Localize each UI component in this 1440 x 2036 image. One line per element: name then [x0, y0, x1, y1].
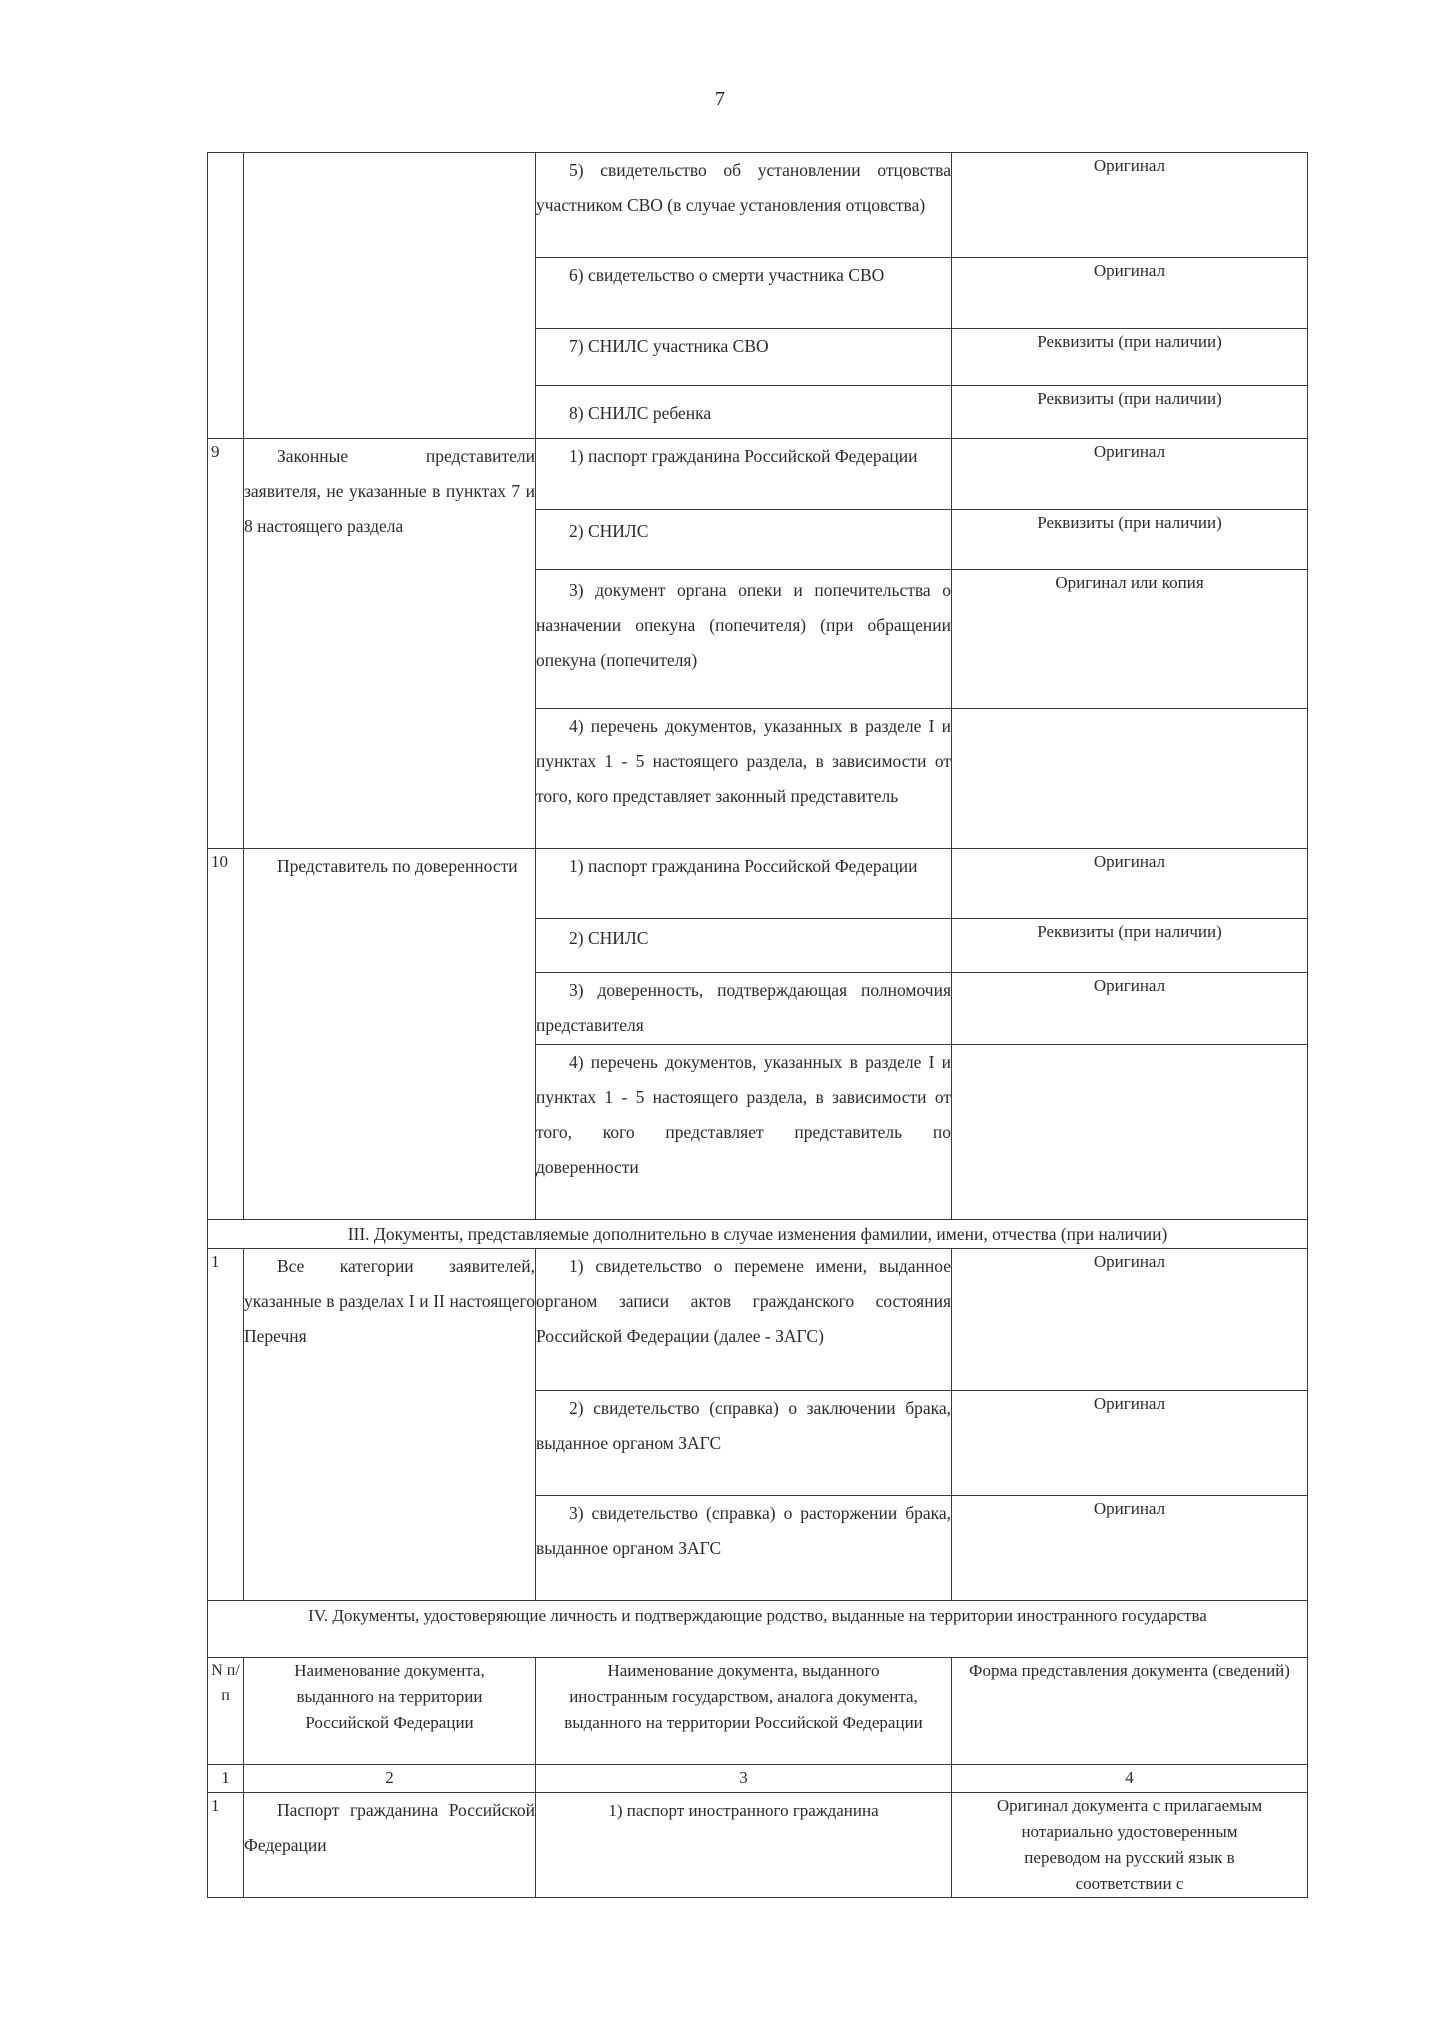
section-iv-title: IV. Документы, удостоверяющие личность и… [207, 1600, 1308, 1658]
section-iii-item-1: 1) свидетельство о перемене имени, выдан… [535, 1248, 952, 1391]
row-8-item-5-form: Оригинал [951, 152, 1308, 258]
row-9-item-1-form: Оригинал [951, 438, 1308, 510]
header-number: N п/п [207, 1657, 244, 1765]
header-rf-document: Наименование документа, выданного на тер… [243, 1657, 536, 1765]
section-iii-item-3: 3) свидетельство (справка) о расторжении… [535, 1495, 952, 1601]
row-10-item-4-form [951, 1044, 1308, 1220]
column-number-2: 2 [243, 1764, 536, 1793]
section-iv-row-1-form: Оригинал документа с прилагаемым нотариа… [951, 1792, 1308, 1898]
header-form: Форма представления документа (сведений) [951, 1657, 1308, 1765]
section-iii-item-2: 2) свидетельство (справка) о заключении … [535, 1390, 952, 1496]
documents-table: 5) свидетельство об установлении отцовст… [207, 152, 1308, 1897]
page-number: 7 [0, 88, 1440, 111]
section-iii-row-1-category: Все категории заявителей, указанные в ра… [243, 1248, 536, 1601]
section-iii-row-1-number: 1 [207, 1248, 244, 1601]
row-10-number: 10 [207, 848, 244, 1220]
row-8-item-8: 8) СНИЛС ребенка [535, 385, 952, 439]
row-8-category-cell [243, 152, 536, 439]
row-8-item-7-form: Реквизиты (при наличии) [951, 328, 1308, 386]
row-9-item-3-form: Оригинал или копия [951, 569, 1308, 709]
row-10-category: Представитель по доверенности [243, 848, 536, 1220]
row-8-item-5: 5) свидетельство об установлении отцовст… [535, 152, 952, 258]
row-9-item-2-form: Реквизиты (при наличии) [951, 509, 1308, 570]
row-9-item-2: 2) СНИЛС [535, 509, 952, 570]
section-iii-item-2-form: Оригинал [951, 1390, 1308, 1496]
row-8-item-6: 6) свидетельство о смерти участника СВО [535, 257, 952, 329]
section-iii-item-1-form: Оригинал [951, 1248, 1308, 1391]
row-8-item-7: 7) СНИЛС участника СВО [535, 328, 952, 386]
row-10-item-3-form: Оригинал [951, 972, 1308, 1045]
row-9-number: 9 [207, 438, 244, 849]
row-10-item-4: 4) перечень документов, указанных в разд… [535, 1044, 952, 1220]
section-iv-row-1-rf-document: Паспорт гражданина Российской Федерации [243, 1792, 536, 1898]
row-9-item-4-form [951, 708, 1308, 849]
column-number-3: 3 [535, 1764, 952, 1793]
row-9-item-1: 1) паспорт гражданина Российской Федерац… [535, 438, 952, 510]
row-10-item-1-form: Оригинал [951, 848, 1308, 919]
row-8-number-cell [207, 152, 244, 439]
column-number-4: 4 [951, 1764, 1308, 1793]
section-iii-item-3-form: Оригинал [951, 1495, 1308, 1601]
row-9-item-3: 3) документ органа опеки и попечительств… [535, 569, 952, 709]
section-iv-row-1-foreign-document: 1) паспорт иностранного гражданина [535, 1792, 952, 1898]
row-9-category: Законные представители заявителя, не ука… [243, 438, 536, 849]
row-10-item-1: 1) паспорт гражданина Российской Федерац… [535, 848, 952, 919]
column-number-1: 1 [207, 1764, 244, 1793]
section-iii-title: III. Документы, представляемые дополните… [207, 1219, 1308, 1249]
section-iv-row-1-number: 1 [207, 1792, 244, 1898]
row-8-item-8-form: Реквизиты (при наличии) [951, 385, 1308, 439]
header-foreign-document: Наименование документа, выданного иностр… [535, 1657, 952, 1765]
row-8-item-6-form: Оригинал [951, 257, 1308, 329]
row-10-item-2: 2) СНИЛС [535, 918, 952, 973]
row-9-item-4: 4) перечень документов, указанных в разд… [535, 708, 952, 849]
row-10-item-2-form: Реквизиты (при наличии) [951, 918, 1308, 973]
row-10-item-3: 3) доверенность, подтверждающая полномоч… [535, 972, 952, 1045]
